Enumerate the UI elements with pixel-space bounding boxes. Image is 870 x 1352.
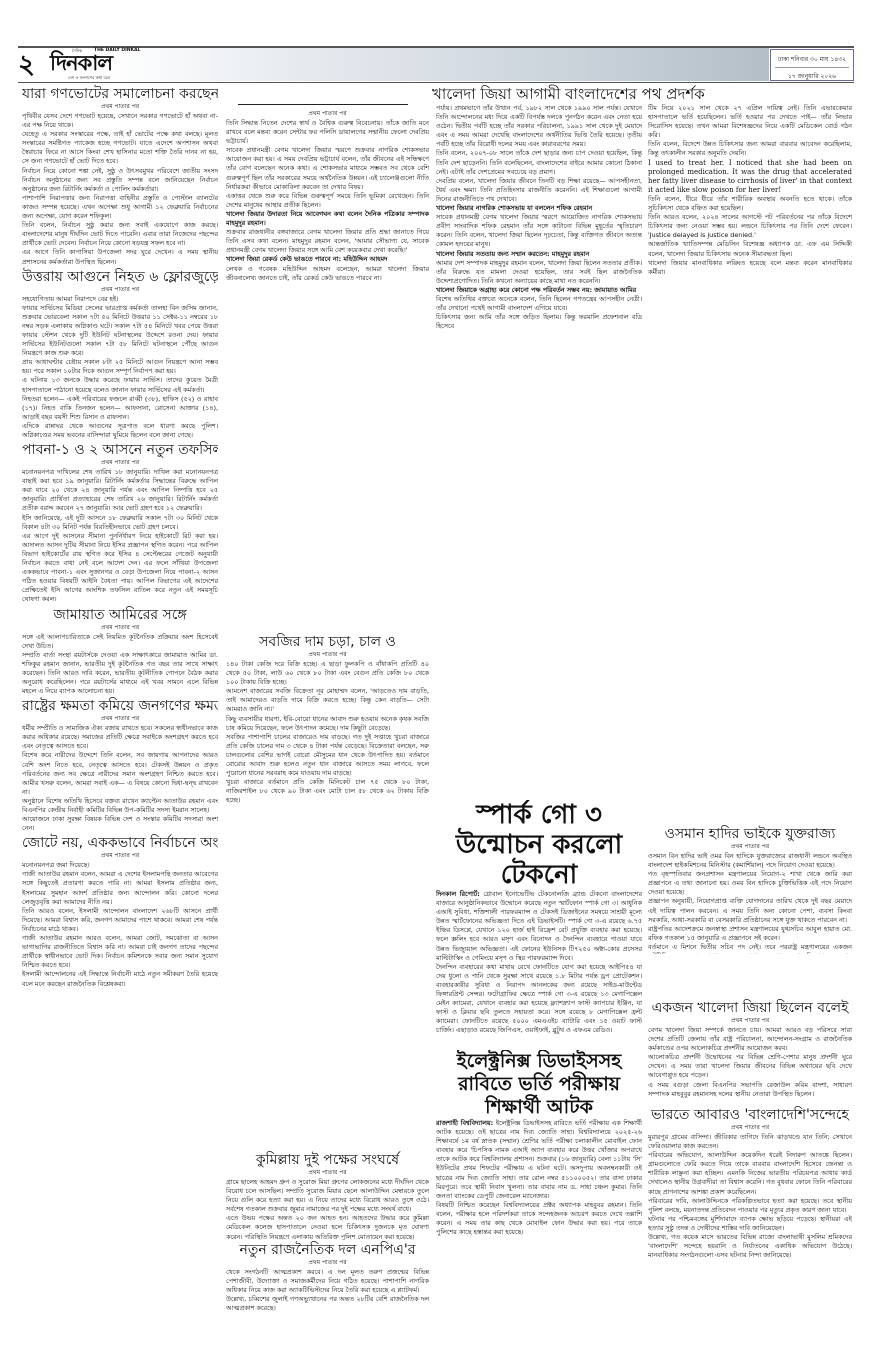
masthead: ২ দৈনিক THE DAILY DINKAL দিনকাল দেশ ও জন…: [18, 46, 854, 83]
paragraph: সম্প্রতি বার্তা সংস্থা রয়টার্সকে দেওয়া…: [22, 651, 218, 696]
paragraph: এর আগে তিনি কাপাসিয়া উপজেলা সদর ঘুরে দে…: [22, 248, 218, 266]
headline[interactable]: উত্তরায় আগুনে নিহত ৬ ফ্লোরজুড়ে: [22, 269, 218, 286]
article-not-joining: জোটে নয়, এককভাবে নির্বাচনে অংশ প্রথম পা…: [22, 835, 218, 988]
paragraph: তিনি বলেন, নির্বাচন সুষ্ঠু করার জন্য সবা…: [22, 221, 218, 248]
paragraph: ইলেক্ট্রনিক্স ডিভাইসসহ রাবিতে ভর্তি পরীক…: [436, 1119, 642, 1200]
paragraph: গত বৃহস্পতিবার জনপ্রশাসন মন্ত্রণালয়ের ন…: [648, 870, 852, 897]
continued-label: প্রথম পাতার পর: [22, 715, 218, 723]
continued-label: প্রথম পাতার পর: [648, 1124, 852, 1132]
headline[interactable]: ইলেক্ট্রনিক্স ডিভাইসসহ রাবিতে ভর্তি পরীক…: [436, 1050, 642, 1119]
paragraph: মনোনয়নপত্র জমা দিয়েছে।: [22, 861, 218, 870]
continued-label: প্রথম পাতার পর: [648, 843, 852, 851]
headline[interactable]: রাষ্ট্রের ক্ষমতা কমিয়ে জনগণের ক্ষমতা: [22, 698, 218, 715]
article-leader: একজন খালেদা জিয়া ছিলেন বলেই প্রথম পাতার…: [648, 998, 852, 1103]
paragraph: নিহতরা হলেন— একই পরিবারের ফজলে রাব্বী (৩…: [22, 395, 218, 422]
paragraph: তিনি সিদ্ধান্ত নিতেন দেশের স্বার্থ ও বৈশ…: [226, 119, 429, 146]
article-khaleda-guide-header: খালেদা জিয়া আগামী বাংলাদেশের পথ প্রদর্শ…: [432, 84, 662, 103]
headline[interactable]: নতুন রাজনৈতিক দল এনপিএ'র: [226, 1242, 429, 1259]
paragraph: খুচরা বাজারে বর্তমানে প্রতি কেজি মিনিকেট…: [226, 778, 429, 805]
continued-label: প্রথম পাতার পর: [648, 1017, 852, 1025]
paragraph: গাজী আতাউর রহমান আরও বলেন, আমরা জোট, সমঝ…: [22, 934, 218, 970]
paragraph: আলোকচিত্র প্রদর্শনী উদ্বোধনের পর বিভিন্ন…: [648, 1053, 852, 1080]
subheading: খালেদা জিয়াকে অগ্রাহ্য করে কোনো পক্ষ পর…: [436, 286, 642, 295]
paragraph: সঙ্গে এই আলাপচারিতাকে সেই নিয়মিত কূটনৈত…: [22, 633, 218, 651]
paragraph: তিনি বলেন, ২০০৭-০৮ সালে তাঁকে দেশ ছাড়ার…: [436, 149, 642, 176]
continued-label: প্রথম পাতার পর: [22, 852, 218, 860]
continued-label: প্রথম পাতার পর: [22, 103, 218, 111]
headline[interactable]: পাবনা-১ ও ২ আসনে নতুন তফসিল: [22, 442, 218, 459]
date-box: ঢাকা শনিবার ৩০ মাঘ ১৪৩২ ১৭ জানুয়ারি ২০২…: [770, 49, 854, 81]
paragraph: এর আগে দুই আসনের সীমানা পুনর্নির্ধারণ নি…: [22, 532, 218, 605]
subheading: খালেদা জিয়ার সততায় জন্য সম্মান করতেন: …: [436, 250, 642, 259]
article-critics: যারা গণভোটের সমালোচনা করছেন প্রথম পাতার …: [22, 86, 218, 267]
subheading: খালেদা জিয়ার নাগরিক শোকসভায় যা বললেন শ…: [436, 204, 642, 213]
headline[interactable]: জোটে নয়, এককভাবে নির্বাচনে অংশ: [22, 835, 218, 852]
paragraph: দেবপ্রিয় বলেন, খালেদা জিয়ার জীবনে তিনট…: [436, 177, 642, 204]
paragraph: ১৪০ টাকা কেজি দরে বিক্রি হচ্ছে। এ ছাড়া …: [226, 660, 429, 687]
headline[interactable]: স্পার্ক গো ৩ উন্মোচন করলো টেকনো: [436, 800, 642, 890]
continued-label: প্রথম পাতার পর: [226, 1259, 429, 1267]
logo-name: দিনকাল: [50, 52, 112, 74]
article-state-power: রাষ্ট্রের ক্ষমতা কমিয়ে জনগণের ক্ষমতা প্…: [22, 698, 218, 833]
paragraph: গাজী আতাউর রহমান বলেন, আমরা এ দেশের ইসলা…: [22, 870, 218, 906]
date-gregorian: ১৭ জানুয়ারি ২০২৬: [771, 68, 853, 82]
paragraph: মনোনয়নপত্র দাখিলের শেষ তারিখ ১৮ জানুয়া…: [22, 468, 218, 513]
paragraph: অনুষ্ঠানে বিশেষ অতিথি হিসেবে বক্তব্য রাখ…: [22, 797, 218, 815]
english-quote: I used to treat her. I noticed that she …: [648, 159, 852, 195]
article-new-party: নতুন রাজনৈতিক দল এনপিএ'র প্রথম পাতার পর …: [226, 1240, 429, 1325]
article-jamaat: জামায়াত আমিরের সঙ্গে প্রথম পাতার পর সঙ্…: [22, 607, 218, 697]
continued-label: প্রথম পাতার পর: [226, 1169, 429, 1177]
paragraph: বিষয়টি নিশ্চিত করেছেন বিশ্ববিদ্যালয়ের …: [436, 1201, 642, 1237]
paragraph: ইসি জানিয়েছে, এই দুটি আসনে ১৮ ফেব্রুয়া…: [22, 514, 218, 532]
paragraph: পর্যায়। প্রথমভাগে তাঁর উত্থান পর্ব, ১৯৮…: [436, 104, 642, 149]
paragraph: তিনি আরও বলেন, ইসলামী আন্দোলন বাংলাদেশ ২…: [22, 907, 218, 934]
paragraph: ওসমান বিন হাদির ভাই ওমর বিন হাদিকে যুক্ত…: [648, 852, 852, 870]
continued-label: প্রথম পাতার পর: [226, 651, 429, 659]
paragraph: সাবেক প্রধানমন্ত্রী বেগম খালেদা জিয়ার স…: [436, 213, 642, 249]
paragraph: গ্রামে ছালেহ আহমদ গ্রুপ ও সুরোজ মিয়া গ্…: [226, 1178, 429, 1214]
paragraph: আমনেশ বাজারের সবজি বিক্রেতা নূর মোহাম্মদ…: [226, 687, 429, 714]
paragraph: তিনি আরও বলেন, ২০২৪ সালের আগস্টে পট পরিব…: [648, 213, 852, 240]
paragraph: আমার দেশ সম্পাদক মাহমুদুর রহমান বলেন, খা…: [436, 259, 642, 286]
date-bangla: ঢাকা শনিবার ৩০ মাঘ ১৪৩২: [775, 50, 849, 68]
paragraph: শুক্রবার রাজধানীর বঙ্গবাজারে বেগম খালেদা…: [226, 228, 429, 255]
paragraph: মুরারপুর গ্রামের বাসিন্দা। জীবিকার তাগিদ…: [648, 1133, 852, 1151]
paragraph: ইসলামী আন্দোলনের এই সিদ্ধান্তে নির্বাচনী…: [22, 970, 218, 988]
paragraph: সবজির পাশাপাশি চালের বাজারেও দাম বাড়ছে।…: [226, 733, 429, 778]
column-tribute: প্রথম পাতার পর তিনি সিদ্ধান্ত নিতেন দেশে…: [226, 110, 429, 630]
paragraph: তিনি বলেন, ধীরে ধীরে তাঁর শারীরিক অবস্থা…: [648, 195, 852, 213]
paragraph: এ সময় বগুড়া জেলা বিএনপির সভাপতি রেজাউল…: [648, 1081, 852, 1099]
article-vegetables: সবজির দাম চড়া, চাল ও প্রথম পাতার পর ১৪০…: [226, 632, 429, 1147]
paragraph: গ্লোবাল ইনোভেটিভ টেকনোলজি ব্র্যান্ড টেকন…: [436, 890, 642, 962]
paragraph: সাবেক প্রধানমন্ত্রী বেগম খালেদা জিয়ার স…: [226, 146, 429, 191]
paragraph: পরিবারের দাবি, আলাউদ্দিনকে পরিকল্পিতভাবে…: [648, 1197, 852, 1215]
paragraph: তিনি বলেন, বিদেশে উন্নত চিকিৎসার জন্য আম…: [648, 140, 852, 158]
article-spark-go: স্পার্ক গো ৩ উন্মোচন করলো টেকনো দিনকাল র…: [436, 800, 642, 1040]
article-khaleda-guide-col1: পর্যায়। প্রথমভাগে তাঁর উত্থান পর্ব, ১৯৮…: [436, 104, 642, 794]
paragraph: রাষ্ট্রপতির আদেশক্রমে জনস্বাস্থ্য প্রশাস…: [648, 925, 852, 943]
article-cumilla: কুমিল্লায় দুই পক্ষের সংঘর্ষে প্রথম পাতা…: [226, 1150, 429, 1240]
headline[interactable]: কুমিল্লায় দুই পক্ষের সংঘর্ষে: [226, 1152, 429, 1169]
headline[interactable]: যারা গণভোটের সমালোচনা করছেন: [22, 86, 218, 103]
headline[interactable]: সবজির দাম চড়া, চাল ও: [226, 634, 429, 651]
continued-label: প্রথম পাতার পর: [226, 110, 429, 118]
paragraph: দৈনন্দিন ব্যবহারের কথা মাথায় রেখে ফোনটি…: [436, 963, 642, 1036]
paragraph: প্রজ্ঞাপন অনুযায়ী, নিয়োগপ্রাপ্ত ব্যক্ত…: [648, 897, 852, 924]
article-pabna: পাবনা-১ ও ২ আসনে নতুন তফসিল প্রথম পাতার …: [22, 442, 218, 604]
paragraph: উল্লেখ্য, গত কয়েক মাসে ভারতের বিভিন্ন র…: [648, 1233, 852, 1260]
continued-label: প্রথম পাতার পর: [22, 459, 218, 467]
paragraph: থেকে সংগঠনটি আত্মপ্রকাশ করবে। এ দল মূলত …: [226, 1268, 429, 1295]
paragraph: বিশেষ করে নারীদের উদ্দেশে তিনি বলেন, সব …: [22, 751, 218, 796]
paragraph: উল্লেখ্য, চব্বিশের জুলাই গণঅভ্যুত্থানের …: [226, 1295, 429, 1313]
article-rabi-exam: ইলেক্ট্রনিক্স ডিভাইসসহ রাবিতে ভর্তি পরীক…: [436, 1050, 642, 1350]
column-left: যারা গণভোটের সমালোচনা করছেন প্রথম পাতার …: [22, 84, 218, 1349]
continued-label: প্রথম পাতার পর: [22, 624, 218, 632]
paragraph: ধর্মীয় সম্প্রীতি ও সামাজিক ঐক্য বজায় র…: [22, 724, 218, 751]
paragraph: নির্বাচন নিয়ে কোনো শঙ্কা নেই, সুষ্ঠু ও …: [22, 167, 218, 194]
divider-rule: [238, 104, 408, 105]
article-osman-hadi: ওসমান হাদির ভাইকে যুক্তরাজ্য প্রথম পাতার…: [648, 824, 852, 954]
article-khaleda-guide-col2: টিম নিয়ে ২০২১ সাল থেকে ২৭ এপ্রিল দায়িত…: [648, 104, 852, 724]
paragraph: খালেদা জিয়ার মানবাধিকার লঙ্ঘিত হয়েছে ব…: [648, 259, 852, 277]
page-number: ২: [18, 50, 35, 80]
paragraph: কিছু ব্যবসায়ীর ধারণা, ইরি-বোরো ধানের আব…: [226, 715, 429, 733]
paragraph: বর্তমানে এ মিশনে দ্বিতীয় সচিব পদ নেই। ত…: [648, 943, 852, 954]
paragraph: একাত্তর থেকে শুরু করে বিভিন্ন গুরুত্বপূর…: [226, 192, 429, 210]
paragraph: পাশাপাশি নিরাপত্তার জন্য নিরাপত্তা বাহিন…: [22, 194, 218, 221]
article-india-border: ভারতে আবারও 'বাংলাদেশি'সন্দেহে প্রথম পাত…: [648, 1105, 852, 1350]
paragraph: এতে উভয় পক্ষের অন্তত ২০ জন আহত হন। আহতদ…: [226, 1214, 429, 1240]
paragraph: ফায়ার সার্ভিসের মিডিয়া সেলের ভারপ্রাপ্…: [22, 304, 218, 359]
masthead-gradient-band: [108, 48, 769, 81]
paragraph: ঘটনার পর পশ্চিমবঙ্গের মুর্শিদাবাদে ব্যাপ…: [648, 1215, 852, 1233]
headline[interactable]: একজন খালেদা জিয়া ছিলেন বলেই: [648, 1000, 852, 1017]
paragraph: এদিকে রান্নাঘর থেকে আগুনের সূত্রপাত বলে …: [22, 422, 218, 440]
byline: রাজশাহী বিশ্ববিদ্যালয়:: [436, 1119, 493, 1127]
paragraph: চিকিৎসার জন্য আমি তাঁর সঙ্গে জড়িত ছিলাম…: [436, 313, 642, 331]
paragraph: যেহেতু এ সরকার সংস্কারের পক্ষে, তাই হাঁ …: [22, 130, 218, 166]
paragraph: এ ঘটনায় ১৩ জনকে উদ্ধার করেছে ফায়ার সার…: [22, 376, 218, 394]
headline[interactable]: খালেদা জিয়া আগামী বাংলাদেশের পথ প্রদর্শ…: [432, 86, 662, 103]
byline: দিনকাল রিপোর্ট:: [436, 890, 480, 898]
subheading: খালেদা জিয়া রেকর্ড কেউ ভাঙতে পারবে না: …: [226, 255, 429, 264]
paragraph: আন্তর্জাতিক খ্যাতিসম্পন্ন মেডিসিন বিশেষজ…: [648, 240, 852, 258]
paragraph: বেগম খালেদা জিয়া সম্পর্কে জানতে চায়। আ…: [648, 1026, 852, 1053]
paragraph: সহযোগিতায় আমরা নিরাপদে বের হই।: [22, 295, 218, 304]
paragraph: পৃথিবীর যেসব দেশে গণভোট হয়েছে, সেখানে স…: [22, 112, 218, 130]
logo-tagline: দেশ ও জনগণের কথা বলে: [68, 75, 110, 82]
paragraph: প্রায় আধাঘণ্টার চেষ্টায় সকাল ৮টা ২৫ মি…: [22, 358, 218, 376]
paragraph: পরিবারের অভিযোগ, আলাউদ্দিন কয়েকদিন ধরেই…: [648, 1151, 852, 1196]
headline[interactable]: ভারতে আবারও 'বাংলাদেশি'সন্দেহে: [648, 1107, 852, 1124]
headline[interactable]: জামায়াত আমিরের সঙ্গে: [22, 607, 218, 624]
subheading: খালেদা জিয়ার উদারতা নিয়ে আবেগঘন কথা বল…: [226, 210, 429, 228]
paragraph: বিশেষ অতিথির বক্তব্যে অনেকে বলেন, তিনি ছ…: [436, 295, 642, 313]
paragraph: টিম নিয়ে ২০২১ সাল থেকে ২৭ এপ্রিল দায়িত…: [648, 104, 852, 140]
continued-label: প্রথম পাতার পর: [22, 286, 218, 294]
article-uttara-fire: উত্তরায় আগুনে নিহত ৬ ফ্লোরজুড়ে প্রথম প…: [22, 269, 218, 441]
paragraph: আয়োজনে ঢাকা সুরক্ষা বিষয়ক বিভিন্ন দেশ …: [22, 815, 218, 833]
headline[interactable]: ওসমান হাদির ভাইকে যুক্তরাজ্য: [648, 826, 852, 843]
paragraph: লেখক ও গবেষক মহিউদ্দিন আহমদ বলেছেন, আমরা…: [226, 265, 429, 283]
